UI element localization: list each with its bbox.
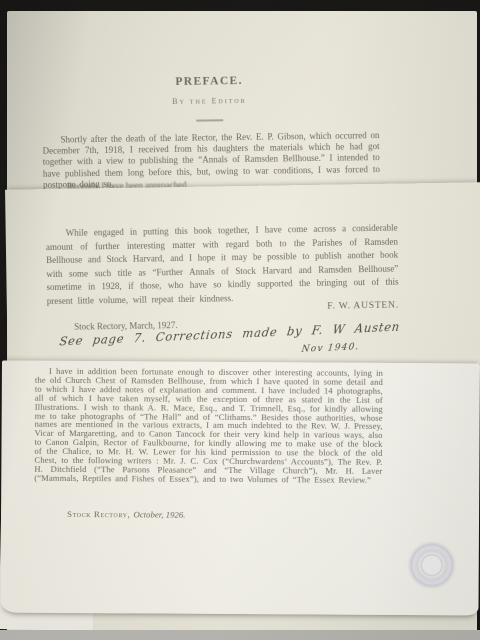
preface-heading: PREFACE.	[42, 73, 377, 90]
page-sheet-bottom: I have in addition been fortunate enough…	[0, 361, 480, 616]
handwritten-date: Nov 1940.	[301, 342, 360, 355]
dateline-date: October, 1926.	[133, 509, 185, 519]
photo-of-document: PREFACE. By the Editor Shortly after the…	[0, 0, 480, 640]
heading-rule	[196, 119, 223, 121]
addendum-dateline: Stock Rectory,October, 1926.	[67, 509, 185, 520]
preface-byline: By the Editor	[42, 94, 377, 108]
author-paragraph: While engaged in putting this book toget…	[46, 222, 399, 309]
photo-backdrop-band	[0, 630, 480, 640]
embossed-seal-icon	[403, 537, 460, 594]
addendum-paragraph: I have in addition been fortunate enough…	[34, 367, 383, 485]
dateline-place: Stock Rectory,	[67, 509, 130, 519]
page-sheet-middle: While engaged in putting this book toget…	[5, 182, 480, 371]
